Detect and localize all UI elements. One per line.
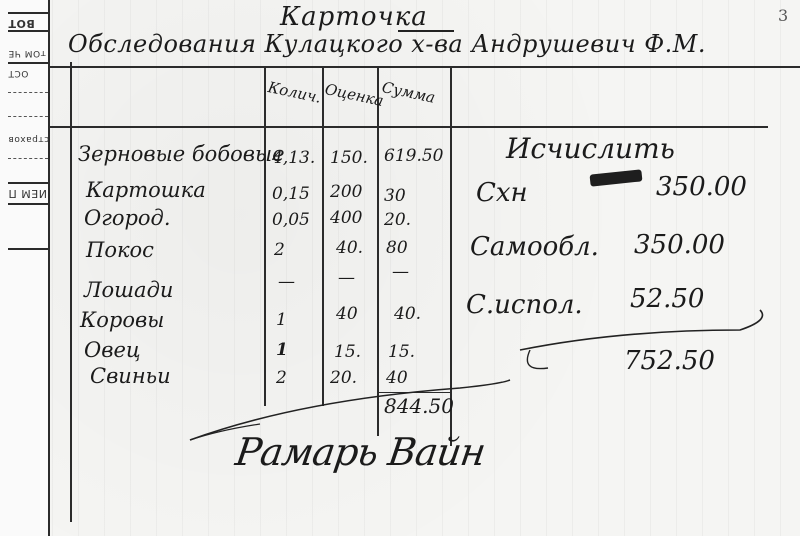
document-page: ВОТ тОМ ЧЕ ОСТ страхов ИЕМ П Карточка Об… — [0, 0, 800, 536]
flourish-strokes — [0, 0, 800, 536]
